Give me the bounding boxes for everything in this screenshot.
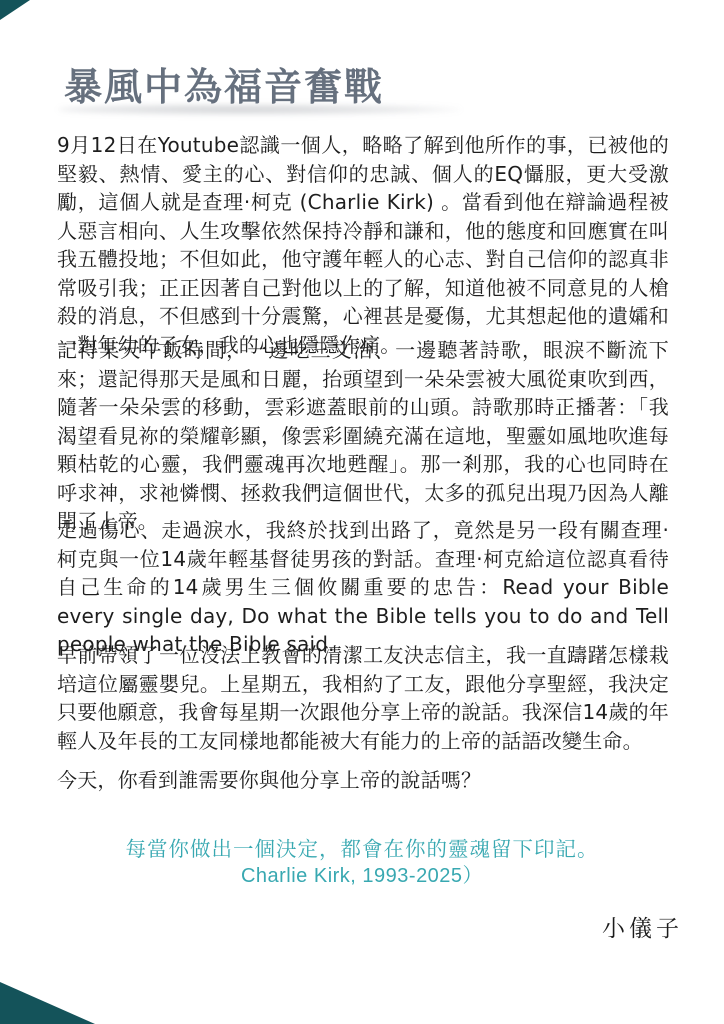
paragraph-1: 9月12日在Youtube認識一個人，略略了解到他所作的事，已被他的堅毅、熱情、… — [57, 131, 669, 359]
page-title: 暴風中為福音奮戰 — [64, 56, 384, 111]
corner-accent-top-left — [0, 0, 30, 20]
quote-attribution: Charlie Kirk, 1993-2025） — [0, 863, 724, 890]
signature: 小儀子 — [602, 910, 683, 943]
paragraph-4: 早前帶領了一位沒法上教會的清潔工友決志信主，我一直躊躇怎樣栽培這位屬靈嬰兒。上星… — [57, 641, 669, 755]
quote-block: 每當你做出一個決定，都會在你的靈魂留下印記。 Charlie Kirk, 199… — [0, 836, 724, 890]
paragraph-2: 記得某天午飯時間，一邊吃三文治、一邊聽著詩歌，眼淚不斷流下來；還記得那天是風和日… — [57, 336, 669, 536]
paragraph-5: 今天，你看到誰需要你與他分享上帝的說話嗎？ — [57, 766, 669, 795]
paragraph-3: 走過傷心、走過淚水，我終於找到出路了，竟然是另一段有關查理·柯克與一位14歲年輕… — [57, 516, 669, 659]
title-shadow-decoration — [58, 104, 462, 115]
quote-text: 每當你做出一個決定，都會在你的靈魂留下印記。 — [0, 836, 724, 863]
corner-accent-bottom-left — [0, 982, 95, 1024]
